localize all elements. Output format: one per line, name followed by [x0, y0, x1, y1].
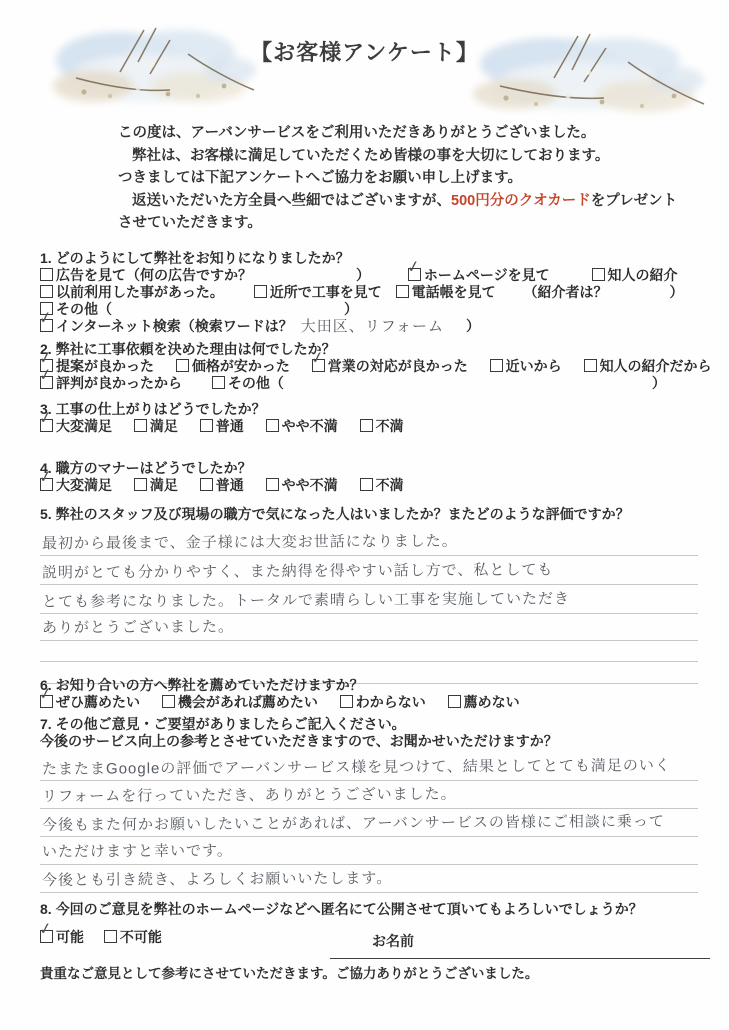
q1-options-row-3: その他（） [40, 301, 684, 318]
q1-options-row-1: 広告を見て（何の広告ですか？） ✓ホームページを見て 知人の紹介 [40, 267, 684, 284]
option-label: 提案が良かった [56, 358, 154, 374]
question-4-title: 4. 職方のマナーはどうでしたか？ [40, 460, 422, 477]
checkbox-icon[interactable] [104, 930, 117, 943]
option-slightly-dissatisfied[interactable]: やや不満 [266, 477, 338, 493]
checkbox-icon[interactable] [448, 695, 461, 708]
question-6-title: 6. お知り合いの方へ弊社を薦めていただけますか？ [40, 677, 538, 694]
option-satisfied[interactable]: 満足 [134, 418, 178, 434]
checkbox-icon[interactable]: ✓ [40, 319, 53, 332]
question-3: 3. 工事の仕上がりはどうでしたか？ ✓大変満足 満足 普通 やや不満 不満 [40, 401, 422, 435]
answer-blank[interactable] [284, 387, 652, 388]
checkbox-icon[interactable] [134, 419, 147, 432]
option-label: ） [344, 301, 358, 317]
question-5: 5. 弊社のスタッフ及び現場の職方で気になった人はいましたか？またどのような評価… [40, 506, 698, 684]
option-referral-reason[interactable]: 知人の紹介だから [584, 358, 712, 374]
answer-line[interactable]: リフォームを行っていただき、ありがとうございました。 [40, 781, 698, 809]
answer-blank[interactable] [112, 313, 344, 314]
handwritten-text: 今後とも引き続き、よろしくお願いいたします。 [42, 864, 392, 895]
checkbox-icon[interactable] [162, 695, 175, 708]
handwritten-text: ありがとうございました。 [42, 613, 234, 641]
option-label: 機会があれば薦めたい [178, 694, 318, 710]
checkbox-icon[interactable] [200, 419, 213, 432]
handwritten-text: 説明がとても分かりやすく、また納得を得やすい話し方で、私としても [42, 555, 554, 588]
option-label: 不満 [376, 418, 404, 434]
option-other[interactable]: その他（） [40, 301, 358, 317]
checkmark-icon: ✓ [406, 259, 422, 277]
option-very-satisfied[interactable]: ✓大変満足 [40, 477, 112, 493]
option-publish-ok[interactable]: ✓可能 [40, 929, 84, 945]
intro-line-1: この度は、アーバンサービスをご利用いただきありがとうございました。 [118, 122, 677, 145]
q5-answer-area[interactable]: 最初から最後まで、金子様には大変お世話になりました。 説明がとても分かりやすく、… [40, 527, 698, 684]
option-label: 価格が安かった [192, 358, 290, 374]
intro-text: 返送いただいた方全員へ些細ではございますが、 [132, 193, 451, 209]
option-label: 不満 [376, 477, 404, 493]
option-label: ） [466, 318, 480, 334]
checkmark-icon: ✓ [38, 469, 54, 487]
checkbox-icon[interactable]: ✓ [408, 268, 421, 281]
question-2-title: 2. 弊社に工事依頼を決めた理由は何でしたか？ [40, 341, 712, 358]
checkbox-icon[interactable] [266, 478, 279, 491]
q4-options-row: ✓大変満足 満足 普通 やや不満 不満 [40, 477, 422, 494]
question-4: 4. 職方のマナーはどうでしたか？ ✓大変満足 満足 普通 やや不満 不満 [40, 460, 422, 494]
option-label: 電話帳を見て [412, 284, 496, 300]
option-label: 満足 [150, 477, 178, 493]
option-phonebook[interactable]: 電話帳を見て [396, 284, 496, 300]
checkbox-icon[interactable] [360, 478, 373, 491]
option-price[interactable]: 価格が安かった [176, 358, 290, 374]
option-satisfied[interactable]: 満足 [134, 477, 178, 493]
answer-line[interactable]: ありがとうございました。 [40, 614, 698, 641]
sakura-blossom-image-right [460, 30, 708, 131]
option-very-satisfied[interactable]: ✓大変満足 [40, 418, 112, 434]
option-other[interactable]: その他（） [212, 375, 666, 391]
intro-line-2: 弊社は、お客様に満足していただくため皆様の事を大切にしております。 [118, 145, 677, 168]
option-label: わからない [356, 694, 426, 710]
option-saw-nearby[interactable]: 近所で工事を見て [254, 284, 382, 300]
checkbox-icon[interactable]: ✓ [40, 376, 53, 389]
answer-line[interactable]: 説明がとても分かりやすく、また納得を得やすい話し方で、私としても [40, 556, 698, 585]
question-8: 8. 今回のご意見を弊社のホームページなどへ匿名にて公開させて頂いてもよろしいで… [40, 901, 643, 946]
question-7-subtitle: 今後のサービス向上の参考とさせていただきますので、お聞かせいただけますか？ [40, 733, 698, 750]
checkbox-icon[interactable] [254, 285, 267, 298]
option-reputation[interactable]: ✓評判が良かったから [40, 375, 182, 391]
option-label: 知人の紹介 [608, 267, 678, 283]
option-label: その他（ [56, 301, 112, 317]
option-label: 可能 [56, 929, 84, 945]
option-label: 大変満足 [56, 418, 112, 434]
option-label: やや不満 [282, 418, 338, 434]
option-label: ぜひ薦めたい [56, 694, 140, 710]
checkbox-icon[interactable] [200, 478, 213, 491]
option-label: ホームページを見て [424, 267, 550, 283]
option-homepage[interactable]: ✓ホームページを見て [408, 267, 550, 283]
question-3-title: 3. 工事の仕上がりはどうでしたか？ [40, 401, 422, 418]
option-label: 普通 [216, 477, 244, 493]
option-used-before[interactable]: 以前利用した事があった。 [40, 284, 224, 300]
q1-options-row-2: 以前利用した事があった。 近所で工事を見て 電話帳を見て （紹介者は？） [40, 284, 684, 301]
option-proposal[interactable]: ✓提案が良かった [40, 358, 154, 374]
handwritten-text: 今後もまた何かお願いしたいことがあれば、アーバンサービスの皆様にご相談に乗って [42, 807, 665, 840]
question-8-title: 8. 今回のご意見を弊社のホームページなどへ匿名にて公開させて頂いてもよろしいで… [40, 901, 643, 918]
handwritten-text: リフォームを行っていただき、ありがとうございました。 [42, 780, 457, 812]
survey-sheet: 【お客様アンケート】 [0, 0, 729, 1030]
option-label: 知人の紹介だから [600, 358, 712, 374]
option-label: やや不満 [282, 477, 338, 493]
checkbox-icon[interactable] [490, 359, 503, 372]
option-near[interactable]: 近いから [490, 358, 562, 374]
option-label: ） [652, 375, 666, 391]
q6-options-row: ✓ぜひ薦めたい 機会があれば薦めたい わからない 薦めない [40, 694, 538, 711]
option-definitely-recommend[interactable]: ✓ぜひ薦めたい [40, 694, 140, 710]
answer-line[interactable]: 今後とも引き続き、よろしくお願いいたします。 [40, 865, 698, 893]
checkbox-icon[interactable] [340, 695, 353, 708]
option-label: （紹介者は？ [524, 284, 608, 300]
intro-line-5: させていただきます。 [118, 212, 677, 235]
closing-note: 貴重なご意見として参考にさせていただきます。ご協力ありがとうございました。 [40, 962, 538, 982]
answer-blank[interactable] [252, 279, 356, 280]
option-label: 近いから [506, 358, 562, 374]
option-internet-search[interactable]: ✓インターネット検索（検索ワードは？大田区、リフォーム） [40, 318, 480, 334]
checkbox-icon[interactable] [40, 285, 53, 298]
handwritten-text: 最初から最後まで、金子様には大変お世話になりました。 [42, 527, 458, 560]
option-neutral[interactable]: 普通 [200, 418, 244, 434]
checkmark-icon: ✓ [38, 310, 54, 328]
question-7: 7. その他ご意見・ご要望がありましたらご記入ください。 今後のサービス向上の参… [40, 716, 698, 893]
q3-options-row: ✓大変満足 満足 普通 やや不満 不満 [40, 418, 422, 435]
option-publish-not-ok[interactable]: 不可能 [104, 929, 162, 945]
question-5-title: 5. 弊社のスタッフ及び現場の職方で気になった人はいましたか？またどのような評価… [40, 506, 698, 523]
answer-line[interactable]: とても参考になりました。トータルで素晴らしい工事を実施していただき [40, 585, 698, 614]
intro-line-3: つきましては下記アンケートへご協力をお願い申し上げます。 [118, 167, 677, 190]
checkbox-icon[interactable] [212, 376, 225, 389]
search-keyword-handwriting: 大田区、リフォーム [301, 318, 444, 335]
answer-line[interactable]: 最初から最後まで、金子様には大変お世話になりました。 [40, 527, 698, 556]
option-label: ） [356, 267, 370, 283]
answer-blank[interactable] [444, 330, 466, 331]
option-label: インターネット検索（検索ワードは？ [56, 318, 293, 334]
option-slightly-dissatisfied[interactable]: やや不満 [266, 418, 338, 434]
intro-line-4: 返送いただいた方全員へ些細ではございますが、500円分のクオカードをプレゼント [118, 190, 677, 213]
option-label: 薦めない [464, 694, 520, 710]
option-label: 満足 [150, 418, 178, 434]
checkbox-icon[interactable] [40, 268, 53, 281]
option-label: ） [670, 284, 684, 300]
checkmark-icon: ✓ [38, 350, 54, 368]
answer-line[interactable] [40, 641, 698, 662]
question-1-title: 1. どのようにして弊社をお知りになりましたか？ [40, 250, 684, 267]
option-neutral[interactable]: 普通 [200, 477, 244, 493]
checkbox-icon[interactable] [592, 268, 605, 281]
checkmark-icon: ✓ [38, 921, 54, 939]
option-unsure[interactable]: わからない [340, 694, 426, 710]
answer-blank[interactable] [608, 296, 670, 297]
checkbox-icon[interactable]: ✓ [40, 478, 53, 491]
intro-text: をプレゼント [591, 193, 677, 209]
intro-paragraph: この度は、アーバンサービスをご利用いただきありがとうございました。 弊社は、お客… [118, 122, 677, 235]
question-7-title: 7. その他ご意見・ご要望がありましたらご記入ください。 [40, 716, 698, 733]
option-label: 普通 [216, 418, 244, 434]
q2-options-row-1: ✓提案が良かった 価格が安かった ✓営業の対応が良かった 近いから 知人の紹介だ… [40, 358, 712, 375]
option-label: 広告を見て（何の広告ですか？ [56, 267, 252, 283]
option-label: 不可能 [120, 929, 162, 945]
gift-highlight: 500円分のクオカード [451, 193, 591, 209]
handwritten-text: とても参考になりました。トータルで素晴らしい工事を実施していただき [42, 584, 570, 617]
checkbox-icon[interactable]: ✓ [40, 419, 53, 432]
question-6: 6. お知り合いの方へ弊社を薦めていただけますか？ ✓ぜひ薦めたい 機会があれば… [40, 677, 538, 711]
checkbox-icon[interactable]: ✓ [312, 359, 325, 372]
checkmark-icon: ✓ [38, 367, 54, 385]
checkbox-icon[interactable]: ✓ [40, 695, 53, 708]
checkbox-icon[interactable] [266, 419, 279, 432]
q7-answer-area[interactable]: たまたまGoogleの評価でアーバンサービス様を見つけて、結果としてとても満足の… [40, 753, 698, 893]
checkmark-icon: ✓ [309, 350, 325, 368]
option-label: その他（ [228, 375, 284, 391]
sakura-icon [460, 30, 708, 126]
handwritten-text: たまたまGoogleの評価でアーバンサービス様を見つけて、結果としてとても満足の… [42, 751, 671, 784]
checkbox-icon[interactable]: ✓ [40, 930, 53, 943]
checkbox-icon[interactable] [176, 359, 189, 372]
checkbox-icon[interactable] [396, 285, 409, 298]
checkbox-icon[interactable] [584, 359, 597, 372]
answer-line[interactable]: 今後もまた何かお願いしたいことがあれば、アーバンサービスの皆様にご相談に乗って [40, 809, 698, 837]
checkmark-icon: ✓ [38, 410, 54, 428]
option-advert[interactable]: 広告を見て（何の広告ですか？） [40, 267, 370, 283]
answer-line[interactable]: たまたまGoogleの評価でアーバンサービス様を見つけて、結果としてとても満足の… [40, 753, 698, 781]
option-dissatisfied[interactable]: 不満 [360, 418, 404, 434]
answer-line[interactable]: いただけますと幸いです。 [40, 837, 698, 865]
checkbox-icon[interactable] [134, 478, 147, 491]
option-not-recommend[interactable]: 薦めない [448, 694, 520, 710]
option-label: 近所で工事を見て [270, 284, 382, 300]
option-referral[interactable]: 知人の紹介 [592, 267, 678, 283]
q1-options-row-4: ✓インターネット検索（検索ワードは？大田区、リフォーム） [40, 318, 684, 335]
option-dissatisfied[interactable]: 不満 [360, 477, 404, 493]
name-field[interactable] [330, 941, 710, 959]
checkbox-icon[interactable] [360, 419, 373, 432]
option-sales-response[interactable]: ✓営業の対応が良かった [312, 358, 468, 374]
question-1: 1. どのようにして弊社をお知りになりましたか？ 広告を見て（何の広告ですか？）… [40, 250, 684, 335]
option-label: 以前利用した事があった。 [56, 284, 224, 300]
introducer-note: （紹介者は？） [524, 284, 684, 300]
option-label: 営業の対応が良かった [328, 358, 468, 374]
checkmark-icon: ✓ [38, 686, 54, 704]
q2-options-row-2: ✓評判が良かったから その他（） [40, 375, 712, 392]
option-label: 大変満足 [56, 477, 112, 493]
question-2: 2. 弊社に工事依頼を決めた理由は何でしたか？ ✓提案が良かった 価格が安かった… [40, 341, 712, 392]
option-label: 評判が良かったから [56, 375, 182, 391]
option-recommend-if-chance[interactable]: 機会があれば薦めたい [162, 694, 318, 710]
handwritten-text: いただけますと幸いです。 [42, 836, 233, 866]
